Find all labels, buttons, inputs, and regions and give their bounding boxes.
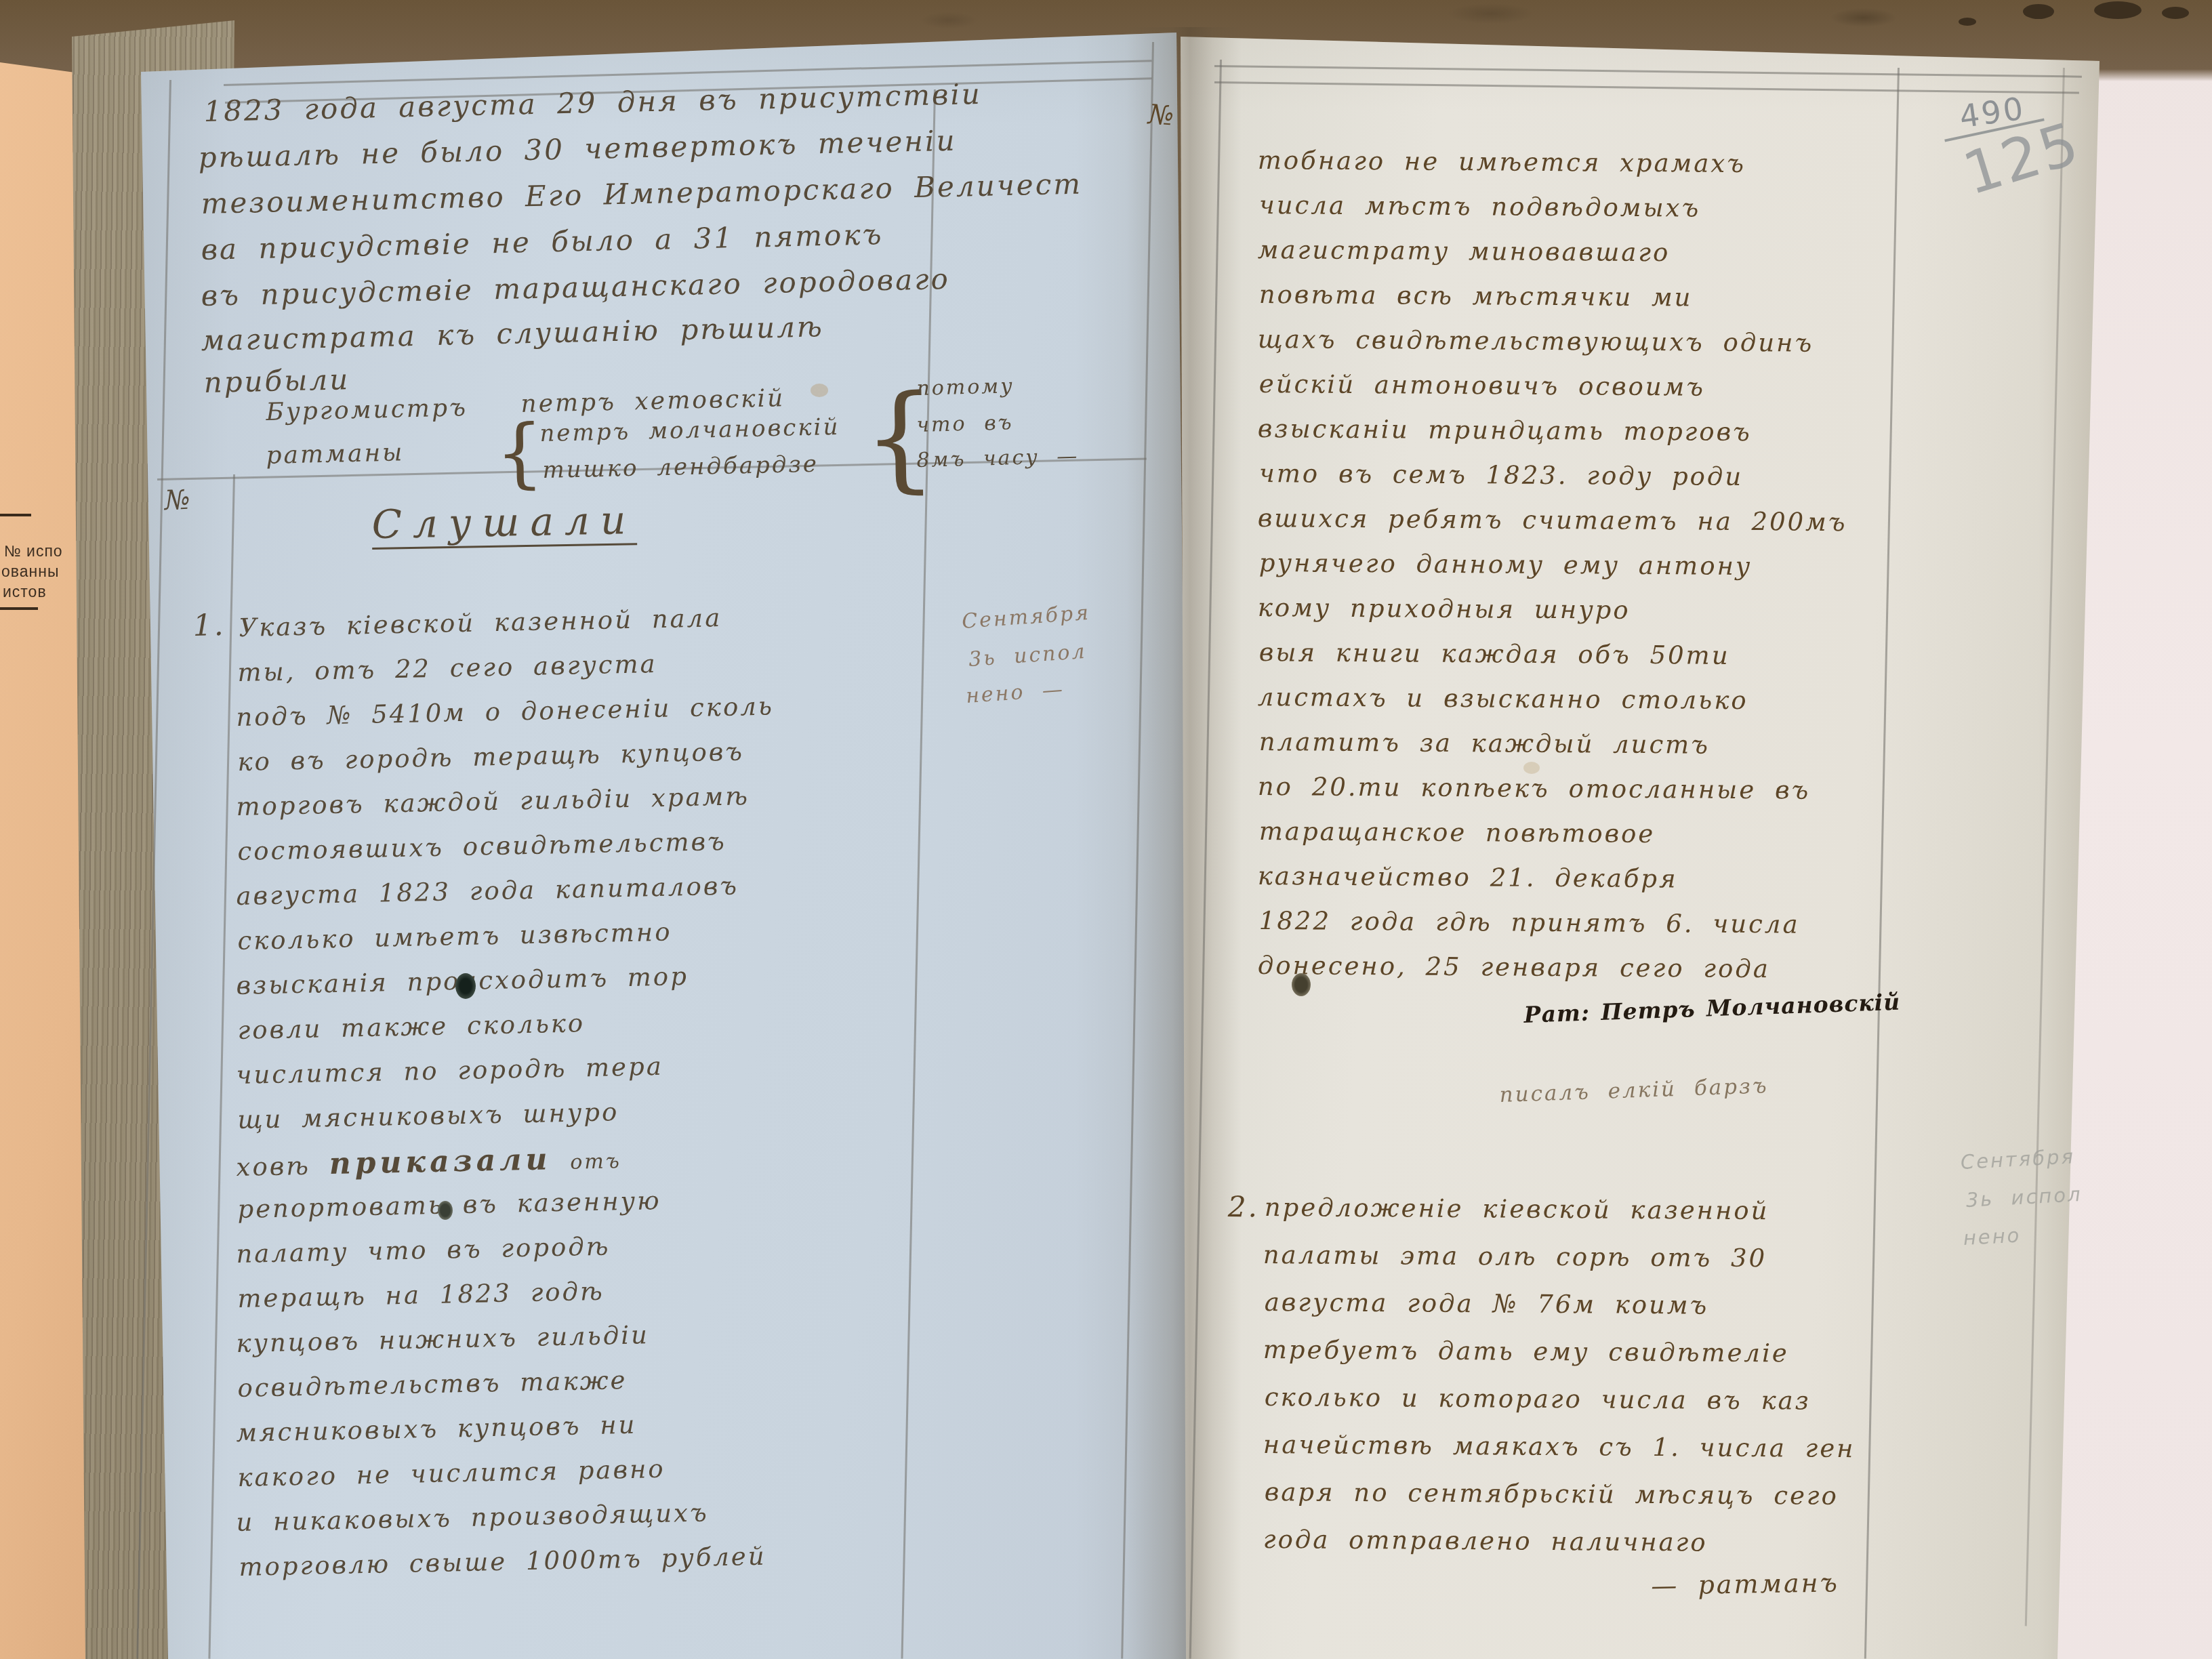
entry-line: начействѣ маякахъ съ 1. числа ген — [1263, 1430, 1856, 1463]
paper-stain — [1523, 762, 1540, 774]
number-column-marker: № — [164, 485, 192, 516]
sheet-text-fragment: ованны — [1, 562, 59, 581]
entry-line: сколько и котораго числа въ каз — [1265, 1382, 1811, 1416]
entry-line: взысканіи триндцать торговъ — [1258, 414, 1752, 447]
debris-speck — [2162, 7, 2189, 19]
presence-label: Бургомистръ — [266, 394, 468, 426]
entry-line: года отправлено наличнаго — [1263, 1525, 1708, 1557]
sheet-text-fragment: № испо — [4, 542, 63, 560]
prikazali-word: приказали — [329, 1142, 552, 1181]
paper-hole — [1292, 973, 1311, 996]
entry-line: щахъ свидѣтельствующихъ одинъ — [1258, 325, 1814, 358]
entry-line: числа мѣстъ подвѣдомыхъ — [1259, 190, 1701, 223]
entry-line: варя по сентябрьскій мѣсяцъ сего — [1265, 1477, 1839, 1511]
paper-hole — [455, 973, 476, 999]
entry-line: донесено, 25 генваря сего года — [1258, 951, 1770, 983]
entry-line: предложеніе кіевской казенной — [1265, 1193, 1769, 1225]
entry-line: августа года № 76м коимъ — [1265, 1288, 1709, 1320]
entry-number: 2. — [1228, 1190, 1259, 1223]
entry-line: по 20.ти копѣекъ отосланные въ — [1258, 772, 1811, 805]
presence-reason-line: потому — [916, 374, 1015, 401]
brace-open: { — [495, 409, 547, 497]
sheet-rule — [0, 514, 31, 516]
entry-line: 1822 года гдѣ принятъ 6. числа — [1259, 906, 1800, 939]
prikazali-suffix: отъ — [570, 1149, 621, 1174]
entry-line: казначейство 21. декабря — [1258, 861, 1678, 893]
entry-line: рунячего данному ему антону — [1259, 548, 1753, 581]
debris-speck — [2094, 1, 2142, 19]
entry-line: повѣта всѣ мѣстячки ми — [1259, 280, 1693, 312]
sheet-text-fragment: истов — [3, 583, 47, 601]
entry-line: ейскій антоновичъ освоимъ — [1259, 369, 1705, 402]
entry-line: выя книги каждая объ 50ти — [1259, 638, 1730, 670]
presence-label: ратманы — [266, 438, 405, 470]
entry-line: таращанское повѣтовое — [1259, 817, 1656, 848]
entry-line: что въ семъ 1823. году роди — [1259, 459, 1744, 491]
header-line: прибыли — [203, 363, 350, 399]
entry-line: тобнаго не имѣется храмахъ — [1258, 146, 1746, 178]
entry-line: платитъ за каждый листъ — [1259, 727, 1710, 760]
entry-line: магистрату миновавшаго — [1258, 235, 1671, 267]
paper-hole — [438, 1201, 453, 1220]
book-gutter-shadow — [1126, 27, 1242, 1659]
number-column-marker: № — [1147, 99, 1177, 132]
presence-reason-line: что въ — [916, 411, 1014, 437]
debris-speck — [1959, 18, 1976, 26]
entry-line: требуетъ дать ему свидѣтеліе — [1263, 1335, 1789, 1368]
entry-line: листахъ и взысканно столько — [1258, 682, 1748, 715]
entry-line: палаты эта олѣ сорѣ отъ 30 — [1263, 1240, 1767, 1273]
sheet-rule — [0, 607, 38, 610]
debris-speck — [2023, 4, 2054, 19]
margin-note-line: нено — [1963, 1224, 2022, 1250]
presence-reason-line: 8мъ часу — — [916, 445, 1080, 472]
section-heading-slushali: Слушали — [371, 497, 637, 550]
entry-tail-ratman: — ратманъ — [1651, 1568, 1839, 1601]
entry-line: вшихся ребятъ считаетъ на 200мъ — [1258, 504, 1847, 537]
prikazali-prefix: ховѣ — [236, 1151, 310, 1182]
paper-stain — [811, 384, 828, 397]
entry-line: кому приходныя шнуро — [1258, 593, 1631, 625]
entry-number: 1. — [192, 608, 226, 643]
